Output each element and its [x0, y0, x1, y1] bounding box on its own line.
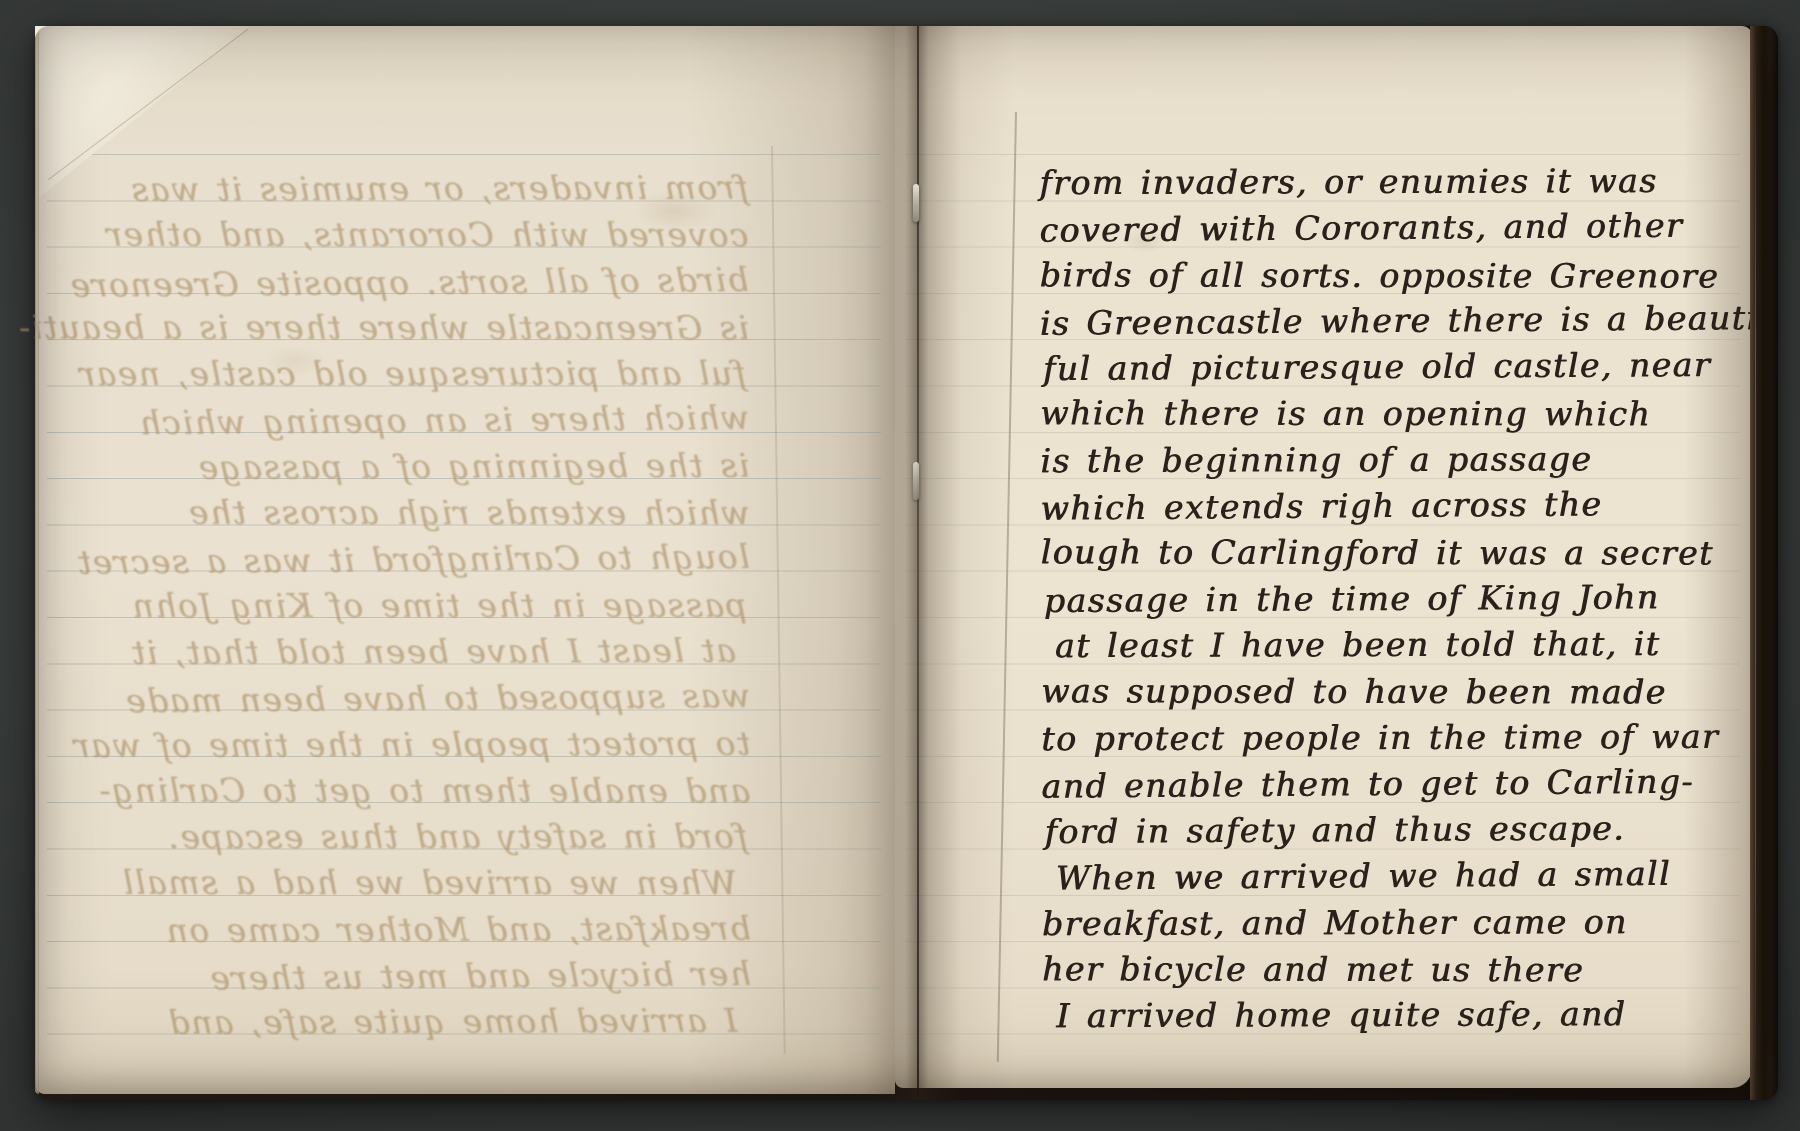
handwritten-line: passage in the time of King John	[1044, 573, 1754, 624]
offset-line: from invaders, or enumies it was	[53, 165, 748, 214]
offset-line: at least I have been told that, it	[55, 628, 750, 677]
handwritten-line: to protect people in the time of war	[1041, 713, 1751, 762]
offset-line: covered with Cororants, and other	[54, 212, 749, 259]
offset-line: birds of all sorts. opposite Greenore	[54, 257, 749, 309]
page-stack-edge-right	[1755, 36, 1756, 1086]
offset-line: which extends righ across the	[55, 490, 750, 537]
handwritten-line: birds of all sorts. opposite Greenore	[1040, 252, 1750, 300]
handwritten-line: ford in safety and thus escape.	[1045, 805, 1755, 856]
handwritten-line: I arrived home quite safe, and	[1042, 991, 1752, 1040]
offset-line: ful and picturesque old castle, near	[51, 351, 746, 398]
ink-offset-text: from invaders, or enumies it was covered…	[53, 165, 751, 1047]
offset-line: I arrived home quite safe, and	[56, 998, 751, 1047]
offset-line: breakfast, and Mother came on	[56, 906, 751, 955]
handwritten-line: which there is an opening which	[1040, 391, 1750, 439]
page-stack-edge-left	[35, 32, 41, 1094]
handwritten-line: When we arrived we had a small	[1042, 851, 1752, 903]
cover-edge-right	[1750, 26, 1778, 1100]
handwritten-line: is Greencastle where there is a beauti-	[1040, 295, 1750, 347]
handwriting: from invaders, or enumies it was covered…	[1039, 158, 1752, 1040]
handwritten-line: her bicycle and met us there	[1042, 946, 1752, 994]
offset-line: to protect people in the time of war	[55, 720, 750, 769]
offset-line: was supposed to have been made	[55, 673, 750, 725]
offset-line: her bicycle and met us there	[56, 951, 751, 1003]
handwritten-line: lough to Carlingford it was a secret	[1041, 530, 1751, 578]
handwritten-line: was supposed to have been made	[1041, 669, 1751, 717]
handwritten-line: from invaders, or enumies it was	[1039, 158, 1749, 207]
offset-line: lough to Carlingford it was a secret	[55, 534, 750, 586]
handwritten-line: breakfast, and Mother came on	[1042, 899, 1752, 948]
left-page: from invaders, or enumies it was covered…	[35, 26, 895, 1094]
offset-line: and enable them to get to Carling-	[56, 768, 751, 815]
offset-line: When we arrived we had a small	[56, 860, 751, 907]
handwritten-line: is the beginning of a passage	[1040, 436, 1750, 485]
notebook: from invaders, or enumies it was covered…	[35, 26, 1778, 1100]
offset-line: is Greencastle where there is a beauti-	[54, 305, 749, 352]
handwritten-line: ful and picturesque old castle, near	[1043, 342, 1753, 393]
offset-line: which there is an opening which	[54, 395, 749, 447]
handwritten-line: covered with Cororants, and other	[1040, 203, 1750, 255]
handwritten-line: and enable them to get to Carling-	[1041, 758, 1751, 810]
offset-line: ford in safety and thus escape.	[53, 814, 748, 861]
handwritten-line: at least I have been told that, it	[1041, 621, 1751, 670]
right-page: from invaders, or enumies it was covered…	[895, 26, 1752, 1088]
offset-line: is the beginning of a passage	[54, 443, 749, 492]
offset-line: passage in the time of King John	[52, 582, 747, 629]
handwritten-line: which extends righ across the	[1041, 480, 1751, 532]
